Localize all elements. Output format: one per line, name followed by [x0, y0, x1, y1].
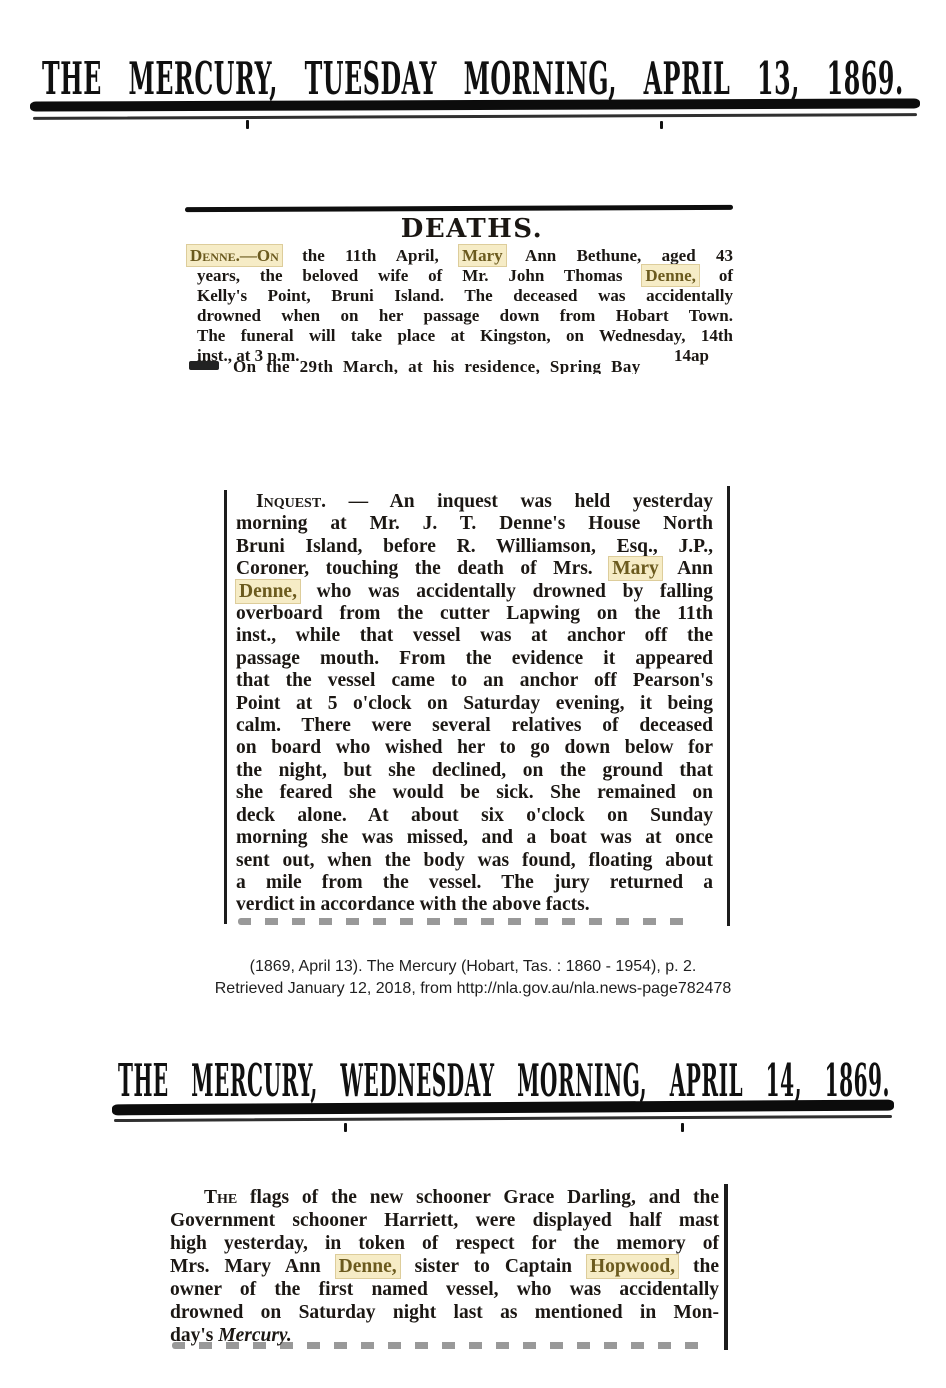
text-segment: a mile from the vessel. The jury returne…: [236, 872, 713, 893]
article-line: Denne, who was accidentally drowned by f…: [236, 581, 713, 603]
text-segment: inst., while that vessel was at anchor o…: [236, 625, 713, 646]
article-line: on board who wished her to go down below…: [236, 737, 713, 759]
article-line: deck alone. At about six o'clock on Sund…: [236, 805, 713, 827]
tick-mark: [344, 1123, 347, 1132]
halfmast-flags-clipping: The flags of the new schooner Grace Darl…: [168, 1182, 730, 1354]
masthead-title: THE MERCURY, WEDNESDAY MORNING, APRIL 14…: [118, 1058, 890, 1105]
halfmast-article-text: The flags of the new schooner Grace Darl…: [170, 1186, 719, 1347]
masthead-rule-thin: [114, 1115, 892, 1122]
article-line: calm. There were several relatives of de…: [236, 715, 713, 737]
article-line: high yesterday, in token of respect for …: [170, 1232, 719, 1255]
inquest-article-text: Inquest. — An inquest was held yesterday…: [236, 491, 713, 917]
text-segment: drowned on Saturday night last as mentio…: [170, 1302, 719, 1323]
highlighted-term: Denne,: [642, 265, 699, 286]
text-segment: Coroner, touching the death of Mrs.: [236, 558, 609, 579]
text-segment: The funeral will take place at Kingston,…: [197, 326, 733, 345]
highlighted-term: Denne,: [236, 580, 300, 603]
column-rule-right: [724, 1184, 728, 1350]
citation-line-2: Retrieved January 12, 2018, from http://…: [0, 978, 946, 1000]
article-line: Coroner, touching the death of Mrs. Mary…: [236, 558, 713, 580]
text-segment: morning she was missed, and a boat was a…: [236, 827, 713, 848]
text-segment: owner of the first named vessel, who was…: [170, 1279, 719, 1300]
text-segment: the: [678, 1256, 719, 1277]
text-segment: Government schooner Harriett, were displ…: [170, 1210, 719, 1231]
article-line: Mrs. Mary Ann Denne, sister to Captain H…: [170, 1255, 719, 1278]
text-segment: years, the beloved wife of Mr. John Thom…: [197, 266, 642, 285]
article-line: passage mouth. From the evidence it appe…: [236, 648, 713, 670]
highlighted-term: Denne,: [336, 1255, 400, 1278]
text-segment: calm. There were several relatives of de…: [236, 715, 713, 736]
article-line: the night, but she declined, on the grou…: [236, 760, 713, 782]
document-page: THE MERCURY, TUESDAY MORNING, APRIL 13, …: [0, 0, 946, 1388]
tick-mark: [681, 1123, 684, 1132]
text-segment: the night, but she declined, on the grou…: [236, 760, 713, 781]
text-segment: Ann Bethune, aged 43: [506, 246, 733, 265]
text-segment: flags of the new schooner Grace Darling,…: [237, 1187, 719, 1208]
cut-off-next-line: [238, 918, 694, 925]
tick-mark: [246, 120, 249, 129]
article-line: Inquest. — An inquest was held yesterday: [236, 491, 713, 513]
article-line: morning she was missed, and a boat was a…: [236, 827, 713, 849]
text-segment: overboard from the cutter Lapwing on the…: [236, 603, 713, 624]
text-segment: The: [204, 1187, 237, 1208]
cut-line-text: On the 29th March, at his residence, Spr…: [233, 357, 641, 374]
column-rule-right: [727, 486, 730, 926]
article-line: drowned on Saturday night last as mentio…: [170, 1301, 719, 1324]
article-line: Government schooner Harriett, were displ…: [170, 1209, 719, 1232]
article-line: owner of the first named vessel, who was…: [170, 1278, 719, 1301]
article-line: Bruni Island, before R. Williamson, Esq.…: [236, 536, 713, 558]
text-segment: — An inquest was held yesterday: [326, 491, 713, 512]
cut-off-next-entry: On the 29th March, at his residence, Spr…: [187, 356, 727, 374]
masthead-rule-thin: [33, 113, 917, 120]
text-segment: verdict in accordance with the above fac…: [236, 894, 590, 915]
article-line: morning at Mr. J. T. Denne's House North: [236, 513, 713, 535]
article-line: Denne.—On the 11th April, Mary Ann Bethu…: [187, 246, 733, 266]
masthead-rule-thick: [30, 98, 920, 111]
citation-line-1: (1869, April 13). The Mercury (Hobart, T…: [0, 956, 946, 978]
cut-fragment: [189, 361, 219, 370]
text-segment: deck alone. At about six o'clock on Sund…: [236, 805, 713, 826]
text-segment: passage mouth. From the evidence it appe…: [236, 648, 713, 669]
article-line: overboard from the cutter Lapwing on the…: [236, 603, 713, 625]
masthead-title: THE MERCURY, TUESDAY MORNING, APRIL 13, …: [42, 56, 904, 103]
text-segment: morning at Mr. J. T. Denne's House North: [236, 513, 713, 534]
article-line: inst., while that vessel was at anchor o…: [236, 625, 713, 647]
text-segment: drowned when on her passage down from Ho…: [197, 306, 733, 325]
highlighted-term: Mary: [459, 245, 506, 266]
text-segment: sister to Captain: [400, 1256, 587, 1277]
article-line: The flags of the new schooner Grace Darl…: [170, 1186, 719, 1209]
text-segment: the 11th April,: [282, 246, 459, 265]
text-segment: Point at 5 o'clock on Saturday evening, …: [236, 693, 713, 714]
article-line: verdict in accordance with the above fac…: [236, 894, 713, 916]
inquest-article-clipping: Inquest. — An inquest was held yesterday…: [222, 486, 734, 928]
source-citation: (1869, April 13). The Mercury (Hobart, T…: [0, 956, 946, 1000]
text-segment: Inquest.: [256, 491, 326, 512]
text-segment: Ann: [662, 558, 713, 579]
article-line: a mile from the vessel. The jury returne…: [236, 872, 713, 894]
cut-off-next-line: [172, 1342, 708, 1349]
highlighted-term: Mary: [609, 557, 662, 580]
article-line: sent out, when the body was found, float…: [236, 850, 713, 872]
text-segment: of: [699, 266, 733, 285]
article-line: The funeral will take place at Kingston,…: [187, 326, 733, 346]
article-line: years, the beloved wife of Mr. John Thom…: [187, 266, 733, 286]
death-notice-text: Denne.—On the 11th April, Mary Ann Bethu…: [187, 246, 733, 366]
text-segment: on board who wished her to go down below…: [236, 737, 713, 758]
highlighted-term: Denne.—On: [187, 245, 282, 266]
text-segment: sent out, when the body was found, float…: [236, 850, 713, 871]
text-segment: she feared she would be sick. She remain…: [236, 782, 713, 803]
text-segment: Mrs. Mary Ann: [170, 1256, 336, 1277]
article-line: Kelly's Point, Bruni Island. The decease…: [187, 286, 733, 306]
text-segment: Bruni Island, before R. Williamson, Esq.…: [236, 536, 713, 557]
text-segment: Kelly's Point, Bruni Island. The decease…: [197, 286, 733, 305]
highlighted-term: Hopwood,: [587, 1255, 678, 1278]
text-segment: who was accidentally drowned by falling: [300, 581, 713, 602]
column-rule-top: [185, 205, 733, 212]
tick-mark: [660, 121, 663, 129]
deaths-heading: DEATHS.: [185, 214, 737, 244]
text-segment: high yesterday, in token of respect for …: [170, 1233, 719, 1254]
deaths-notice-clipping: DEATHS. Denne.—On the 11th April, Mary A…: [185, 198, 737, 374]
text-segment: that the vessel came to an anchor off Pe…: [236, 670, 713, 691]
article-line: that the vessel came to an anchor off Pe…: [236, 670, 713, 692]
article-line: drowned when on her passage down from Ho…: [187, 306, 733, 326]
article-line: Point at 5 o'clock on Saturday evening, …: [236, 693, 713, 715]
column-rule-left: [224, 490, 227, 924]
article-line: she feared she would be sick. She remain…: [236, 782, 713, 804]
